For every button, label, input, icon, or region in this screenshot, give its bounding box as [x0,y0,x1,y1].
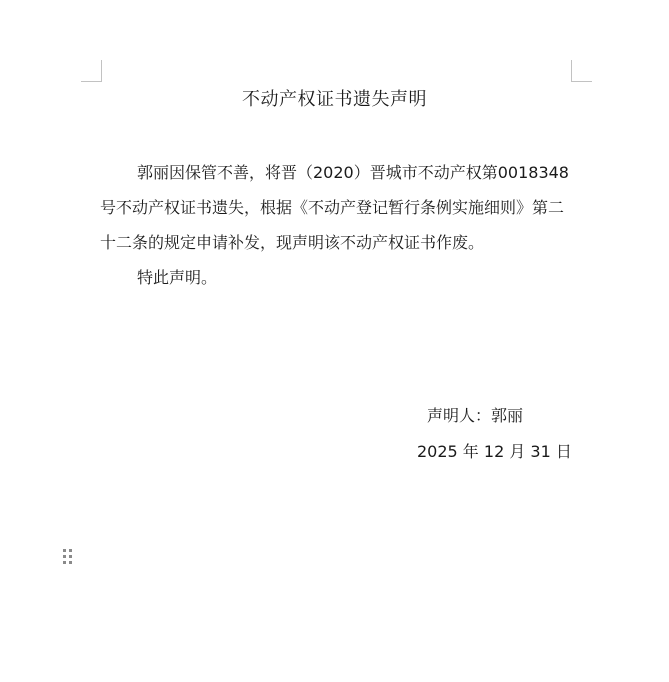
drag-dot [69,549,72,552]
document-body[interactable]: 郭丽因保管不善，将晋（2020）晋城市不动产权第0018348 号不动产权证书遗… [100,155,575,295]
document-page: 不动产权证书遗失声明 郭丽因保管不善，将晋（2020）晋城市不动产权第00183… [0,0,669,682]
paragraph-closing[interactable]: 特此声明。 [100,260,575,295]
drag-dot [63,555,66,558]
margin-corner-top-right [571,60,592,82]
drag-dot [69,555,72,558]
date-line[interactable]: 2025 年 12 月 31 日 [417,440,572,464]
signature-line[interactable]: 声明人：郭丽 [427,404,523,428]
paragraph-statement[interactable]: 郭丽因保管不善，将晋（2020）晋城市不动产权第0018348 号不动产权证书遗… [100,155,575,260]
drag-dot [63,561,66,564]
margin-corner-top-left [81,60,102,82]
document-title[interactable]: 不动产权证书遗失声明 [0,88,669,112]
drag-dot [63,549,66,552]
drag-dot [69,561,72,564]
drag-handle-icon[interactable] [63,549,73,565]
